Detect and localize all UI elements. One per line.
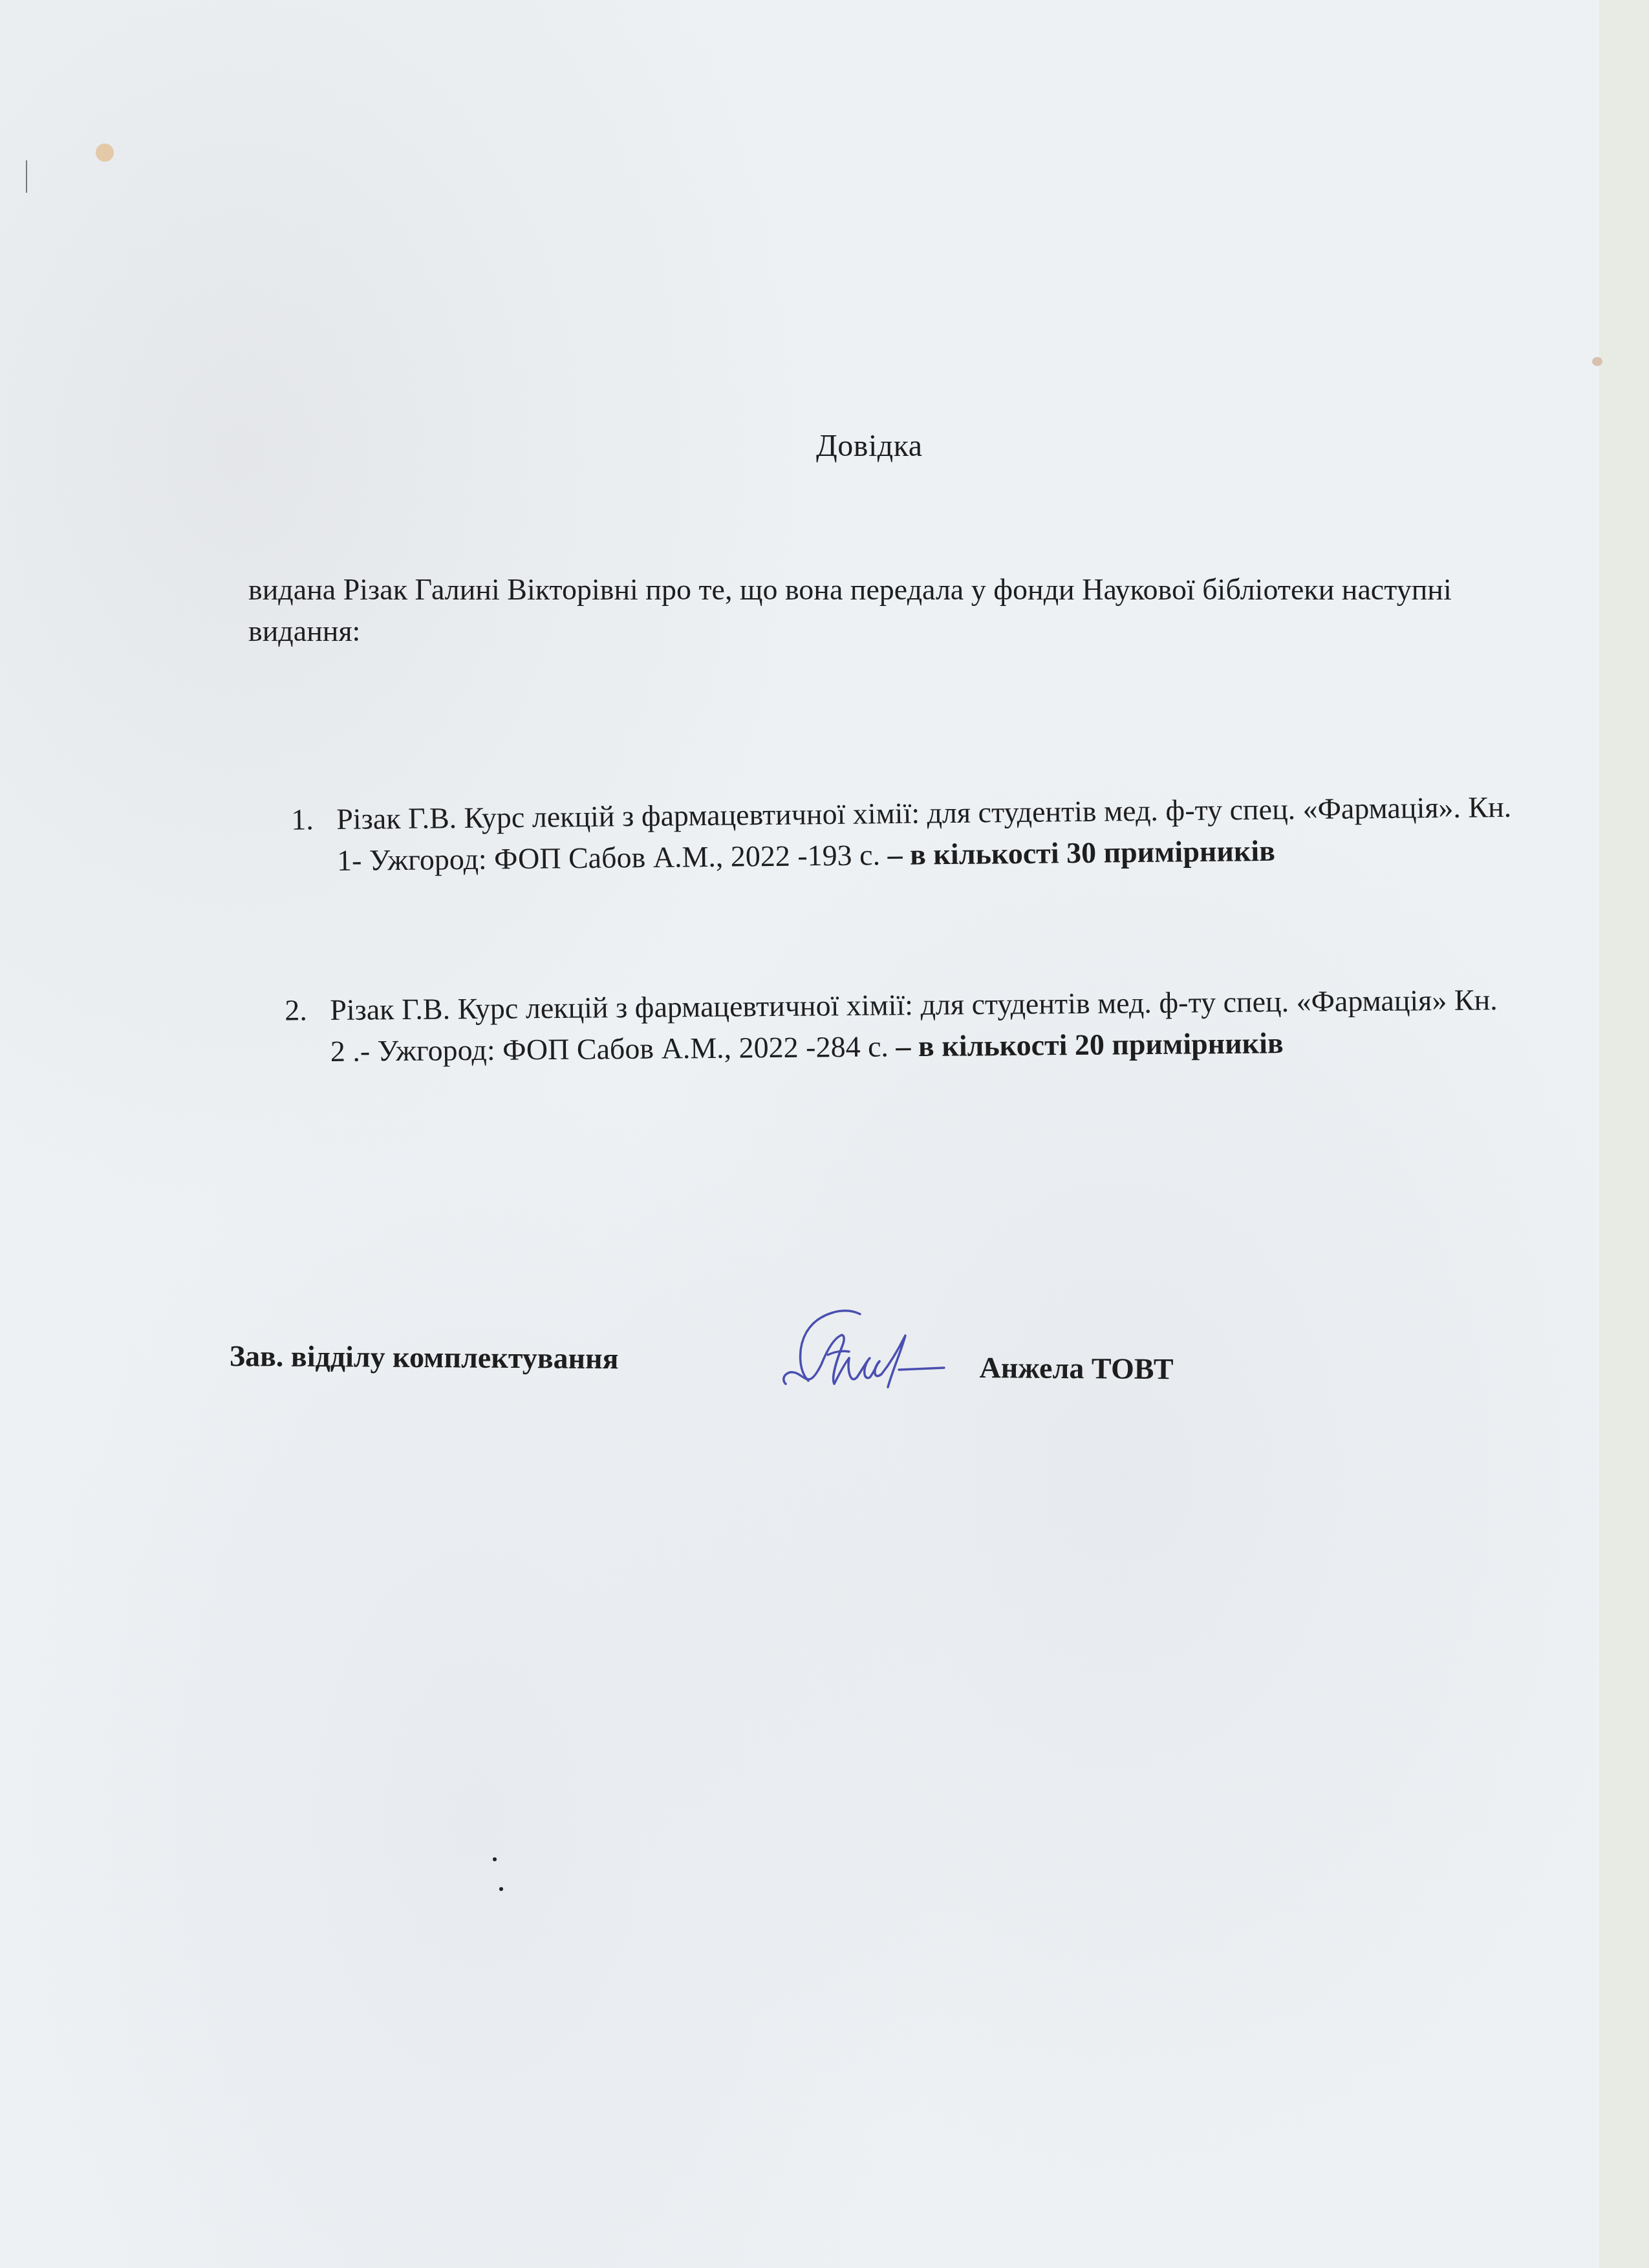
list-item: 2. Різак Г.В. Курс лекцій з фармацевтичн… — [330, 979, 1514, 1072]
paper-stain — [1592, 357, 1602, 366]
paper-sheet — [0, 0, 1599, 2268]
paper-speck — [499, 1887, 503, 1891]
pencil-mark — [26, 160, 27, 193]
list-item: 1. Різак Г.В. Курс лекцій з фармацевтичн… — [336, 786, 1520, 881]
list-item-number: 1. — [291, 799, 314, 840]
paper-speck — [493, 1857, 497, 1861]
signer-position: Зав. відділу комплектування — [230, 1339, 619, 1376]
list-item-quantity: – в кількості 20 примірників — [896, 1026, 1284, 1063]
document-title: Довідка — [816, 428, 923, 464]
signer-name: Анжела ТОВТ — [980, 1350, 1174, 1386]
handwritten-signature — [773, 1287, 967, 1390]
intro-paragraph: видана Різак Галині Вікторівні про те, щ… — [248, 569, 1509, 652]
list-item-number: 2. — [285, 989, 307, 1031]
list-item-quantity: – в кількості 30 примірників — [887, 834, 1275, 871]
scanner-edge — [1599, 0, 1649, 2268]
paper-stain — [96, 144, 114, 162]
